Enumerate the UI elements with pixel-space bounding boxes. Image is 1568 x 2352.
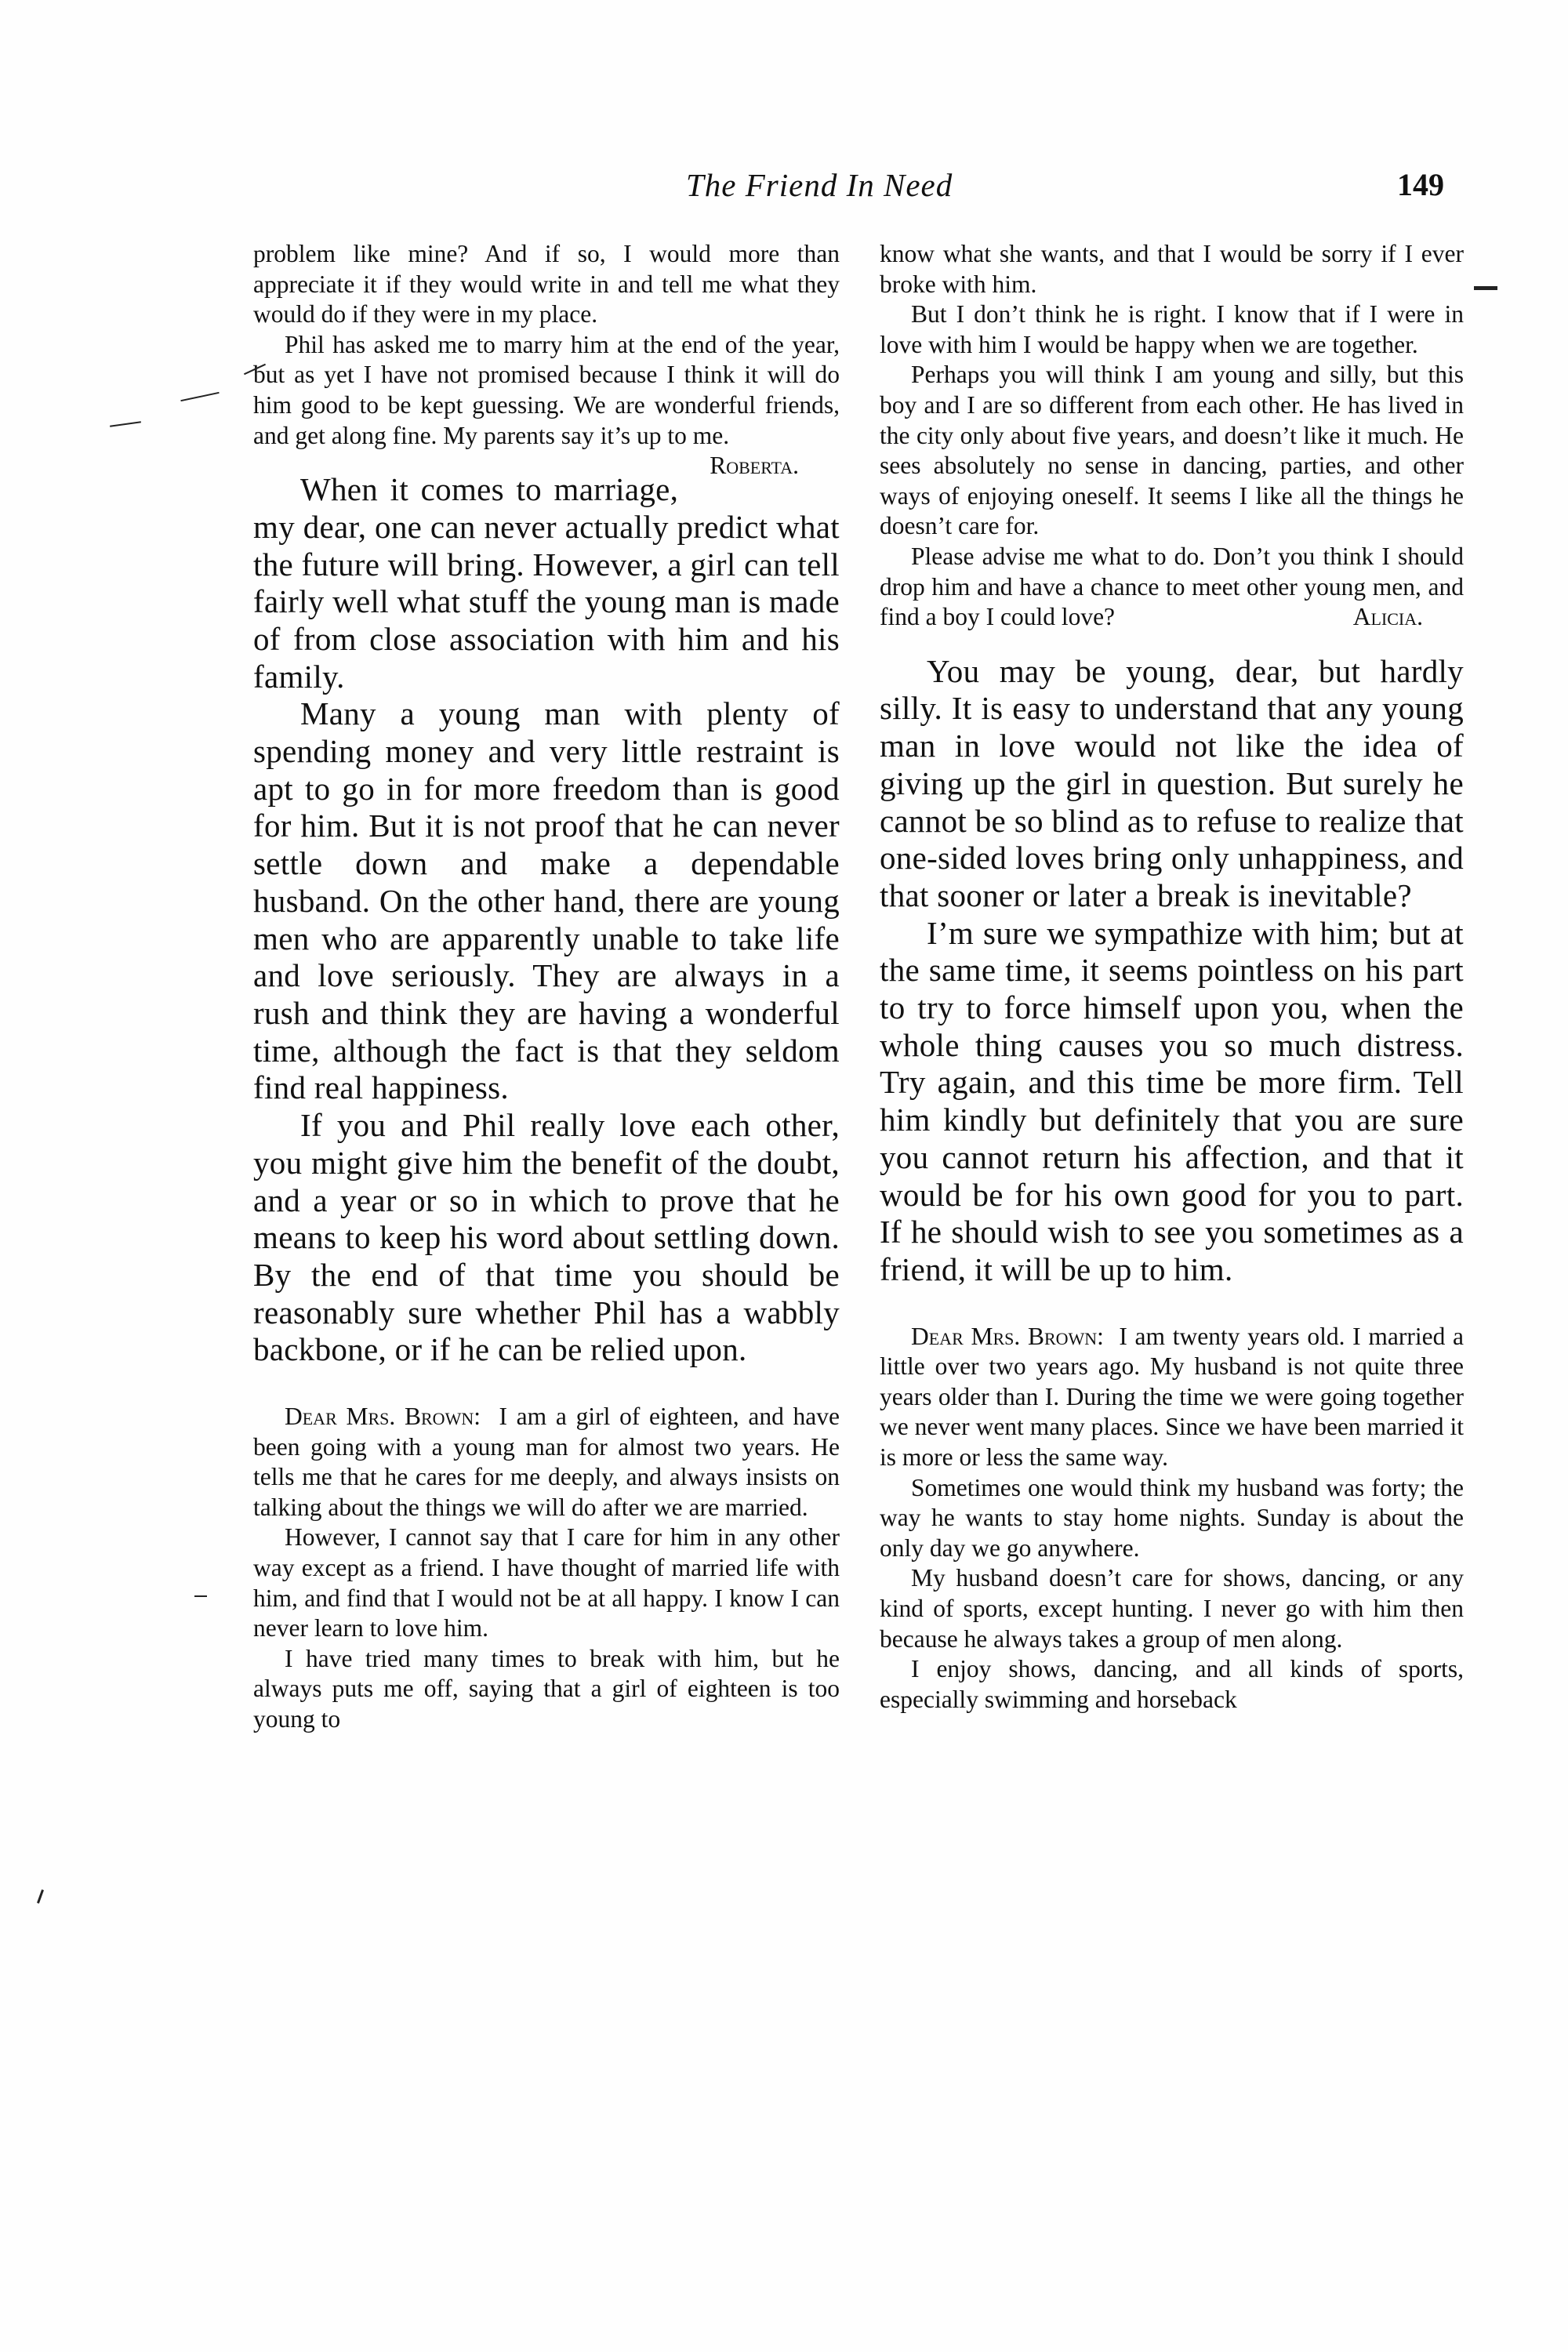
letter-paragraph: Dear Mrs. Brown: I am a girl of eighteen… xyxy=(253,1402,840,1523)
answer-paragraph: You may be young, dear, but hardly silly… xyxy=(880,653,1464,915)
scan-artifact xyxy=(180,392,219,401)
letter-continuation-alicia: know what she wants, and that I would be… xyxy=(880,239,1464,633)
letter-paragraph: But I don’t think he is right. I know th… xyxy=(880,299,1464,360)
answer-paragraph: I’m sure we sympathize with him; but at … xyxy=(880,915,1464,1289)
letter-paragraph: problem like mine? And if so, I would mo… xyxy=(253,239,840,330)
letter-paragraph: Dear Mrs. Brown: I am twenty years old. … xyxy=(880,1322,1464,1473)
scan-artifact xyxy=(110,421,141,427)
letter-from-alicia: Dear Mrs. Brown: I am a girl of eighteen… xyxy=(253,1402,840,1735)
letter-paragraph: Phil has asked me to marry him at the en… xyxy=(253,330,840,451)
letter-paragraph: Perhaps you will think I am young and si… xyxy=(880,360,1464,542)
answer-paragraph: When it comes to marriage, my dear, one … xyxy=(253,471,840,695)
letter-paragraph: Please advise me what to do. Don’t you t… xyxy=(880,542,1464,633)
scan-artifact xyxy=(194,1595,207,1597)
letter-paragraph: I have tried many times to break with hi… xyxy=(253,1644,840,1735)
magazine-page: The Friend In Need 149 problem like mine… xyxy=(0,0,1568,2352)
letter-continuation-roberta: problem like mine? And if so, I would mo… xyxy=(253,239,840,451)
letter-paragraph: However, I cannot say that I care for hi… xyxy=(253,1523,840,1643)
letter-salutation: Dear Mrs. Brown: xyxy=(911,1323,1104,1350)
letter-signature: Roberta. xyxy=(678,451,799,481)
letter-from-married-reader: Dear Mrs. Brown: I am twenty years old. … xyxy=(880,1322,1464,1715)
page-number: 149 xyxy=(1397,166,1444,203)
letter-salutation: Dear Mrs. Brown: xyxy=(285,1403,481,1430)
answer-to-roberta: When it comes to marriage, my dear, one … xyxy=(253,471,840,1369)
answer-to-alicia: You may be young, dear, but hardly silly… xyxy=(880,653,1464,1289)
scan-artifact xyxy=(1474,286,1497,290)
answer-paragraph: Many a young man with plenty of spending… xyxy=(253,695,840,1107)
letter-paragraph: know what she wants, and that I would be… xyxy=(880,239,1464,299)
letter-signature: Alicia. xyxy=(1322,602,1423,633)
running-title: The Friend In Need xyxy=(686,166,953,204)
left-column: problem like mine? And if so, I would mo… xyxy=(253,239,840,1735)
scan-artifact xyxy=(37,1889,44,1904)
letter-paragraph: My husband doesn’t care for shows, danci… xyxy=(880,1563,1464,1654)
letter-paragraph: I enjoy shows, dancing, and all kinds of… xyxy=(880,1654,1464,1715)
right-column: know what she wants, and that I would be… xyxy=(880,239,1464,1715)
answer-paragraph: If you and Phil really love each other, … xyxy=(253,1107,840,1369)
letter-paragraph: Sometimes one would think my husband was… xyxy=(880,1473,1464,1564)
